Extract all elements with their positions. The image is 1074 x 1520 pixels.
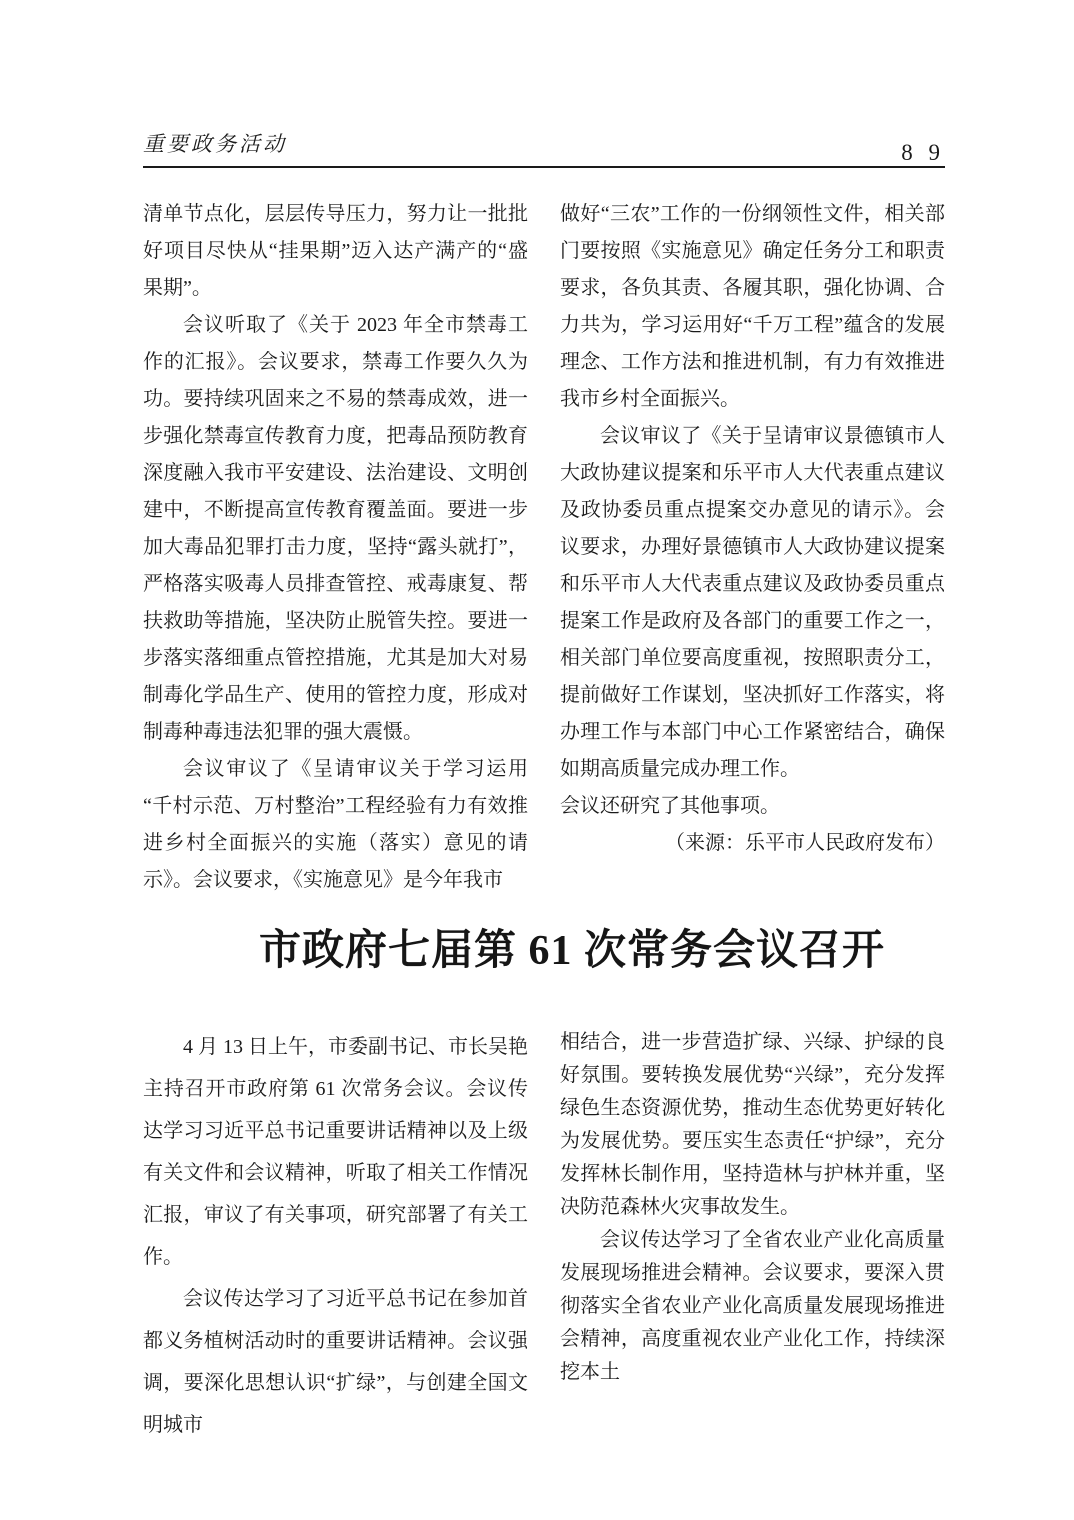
source-attribution: （来源：乐平市人民政府发布）: [560, 825, 945, 862]
paragraph: 会议还研究了其他事项。: [560, 788, 945, 825]
header-rule: [143, 166, 945, 168]
page-header: 重要政务活动 8 9: [143, 128, 945, 167]
paragraph: 相结合，进一步营造扩绿、兴绿、护绿的良好氛围。要转换发展优势“兴绿”，充分发挥绿…: [560, 1026, 945, 1224]
article-bottom: 4 月 13 日上午，市委副书记、市长吴艳主持召开市政府第 61 次常务会议。会…: [143, 1026, 945, 1446]
paragraph: 会议听取了《关于 2023 年全市禁毒工作的汇报》。会议要求，禁毒工作要久久为功…: [143, 307, 528, 751]
section-label: 重要政务活动: [143, 128, 287, 167]
paragraph: 会议传达学习了习近平总书记在参加首都义务植树活动时的重要讲话精神。会议强调，要深…: [143, 1278, 528, 1446]
article-bottom-left-column: 4 月 13 日上午，市委副书记、市长吴艳主持召开市政府第 61 次常务会议。会…: [143, 1026, 528, 1446]
document-page: 重要政务活动 8 9 清单节点化，层层传导压力，努力让一批批好项目尽快从“挂果期…: [0, 0, 1074, 1520]
paragraph: 会议审议了《关于呈请审议景德镇市人大政协建议提案和乐平市人大代表重点建议及政协委…: [560, 418, 945, 788]
paragraph: 会议传达学习了全省农业产业化高质量发展现场推进会精神。会议要求，要深入贯彻落实全…: [560, 1224, 945, 1389]
paragraph: 4 月 13 日上午，市委副书记、市长吴艳主持召开市政府第 61 次常务会议。会…: [143, 1026, 528, 1278]
article-top: 清单节点化，层层传导压力，努力让一批批好项目尽快从“挂果期”迈入达产满产的“盛果…: [143, 196, 945, 899]
paragraph: 会议审议了《呈请审议关于学习运用“千村示范、万村整治”工程经验有力有效推进乡村全…: [143, 751, 528, 899]
page-number: 8 9: [901, 140, 945, 167]
paragraph: 清单节点化，层层传导压力，努力让一批批好项目尽快从“挂果期”迈入达产满产的“盛果…: [143, 196, 528, 307]
paragraph: 做好“三农”工作的一份纲领性文件，相关部门要按照《实施意见》确定任务分工和职责要…: [560, 196, 945, 418]
article-top-left-column: 清单节点化，层层传导压力，努力让一批批好项目尽快从“挂果期”迈入达产满产的“盛果…: [143, 196, 528, 899]
article-title: 市政府七届第 61 次常务会议召开: [143, 922, 945, 980]
article-bottom-right-column: 相结合，进一步营造扩绿、兴绿、护绿的良好氛围。要转换发展优势“兴绿”，充分发挥绿…: [560, 1026, 945, 1446]
article-top-right-column: 做好“三农”工作的一份纲领性文件，相关部门要按照《实施意见》确定任务分工和职责要…: [560, 196, 945, 899]
